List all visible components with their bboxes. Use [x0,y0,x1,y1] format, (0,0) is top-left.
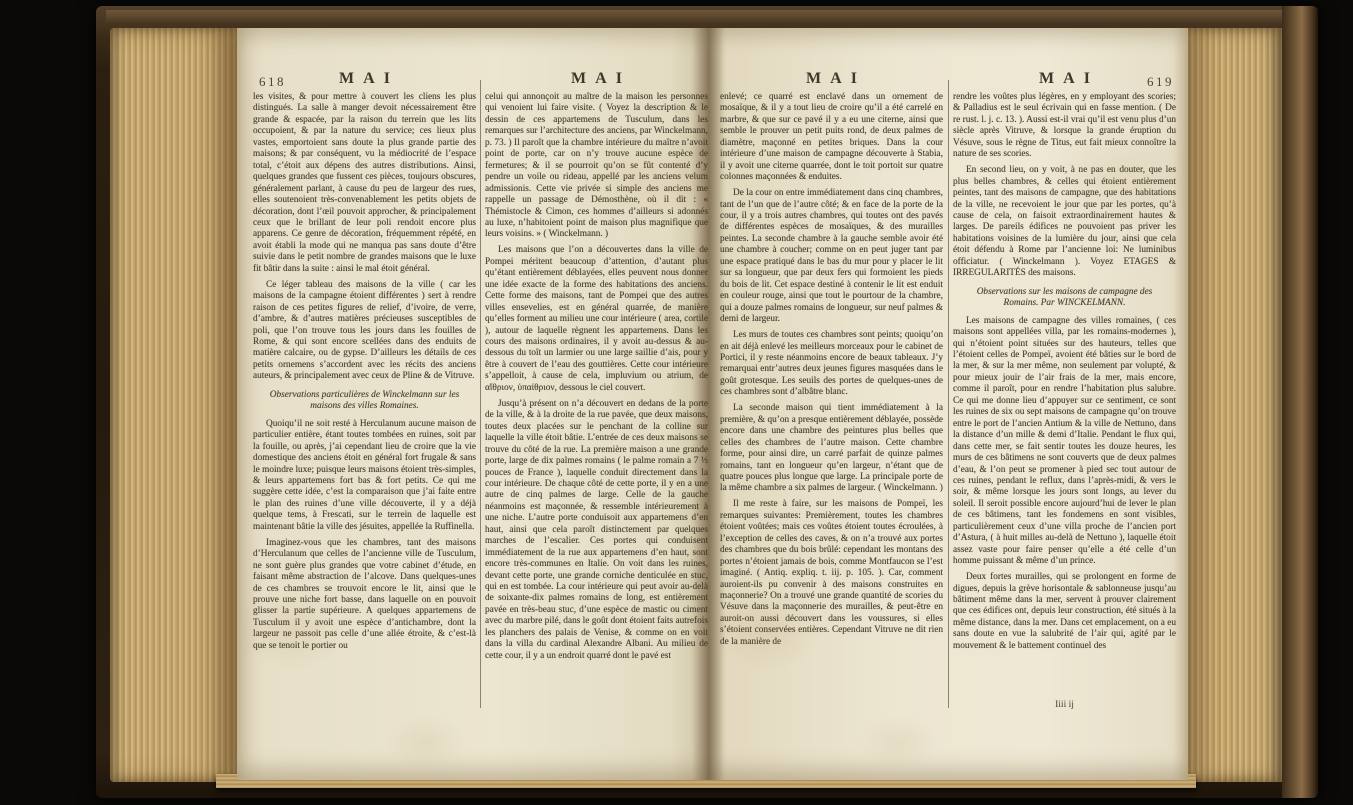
paragraph: celui qui annonçoit au maître de la mais… [485,92,708,241]
paragraph: enlevé; ce quarré est enclavé dans un or… [720,92,943,184]
running-head: MAI [485,70,708,88]
section-heading: Observations sur les maisons de campagne… [959,287,1170,310]
text-column: enlevé; ce quarré est enclavé dans un or… [720,92,943,720]
paragraph: Il me reste à faire, sur les maisons de … [720,499,943,648]
paragraph: Deux fortes murailles, qui se prolongent… [953,572,1176,652]
text-column: celui qui annonçoit au maître de la mais… [485,92,708,720]
book: 618 MAI MAI les visites, & pour mettre à… [96,6,1318,798]
text-column: les visites, & pour mettre à couvert les… [253,92,476,720]
running-head: MAI [253,70,476,88]
paragraph: Imaginez-vous que les chambres, tant des… [253,538,476,653]
text-column: rendre les voûtes plus légères, en y emp… [953,92,1176,720]
paragraph: Les murs de toutes ces chambres sont pei… [720,330,943,399]
paragraph: Les maisons que l’on a découvertes dans … [485,245,708,394]
right-fore-edge-pages [1188,28,1282,782]
paragraph: Jusqu’à présent on n’a découvert en deda… [485,399,708,662]
paragraph: Ce léger tableau des maisons de la ville… [253,280,476,383]
column-rule [480,80,481,708]
paragraph: rendre les voûtes plus légères, en y emp… [953,92,1176,161]
book-cover-top-edge [106,10,1308,24]
running-head: MAI [953,70,1176,88]
paragraph: En second lieu, on y voit, à ne pas en d… [953,165,1176,280]
section-heading: Observations particulières de Winckelman… [259,390,470,413]
photo-background: 618 MAI MAI les visites, & pour mettre à… [0,0,1353,805]
paragraph: De la cour on entre immédiatement dans c… [720,188,943,325]
paragraph: Quoiqu’il ne soit resté à Herculanum auc… [253,419,476,534]
paragraph: La seconde maison qui tient immédiatemen… [720,403,943,495]
left-fore-edge-pages [110,28,237,782]
running-head: MAI [720,70,943,88]
left-page: 618 MAI MAI les visites, & pour mettre à… [237,28,708,780]
signature-mark: Iiii ij [953,700,1176,710]
book-cover-right-board [1282,6,1318,798]
paragraph: Les maisons de campagne des villes romai… [953,316,1176,568]
column-rule [948,80,949,708]
right-page: 619 MAI MAI enlevé; ce quarré est enclav… [708,28,1188,780]
gutter-shadow [692,28,724,780]
paragraph: les visites, & pour mettre à couvert les… [253,92,476,275]
